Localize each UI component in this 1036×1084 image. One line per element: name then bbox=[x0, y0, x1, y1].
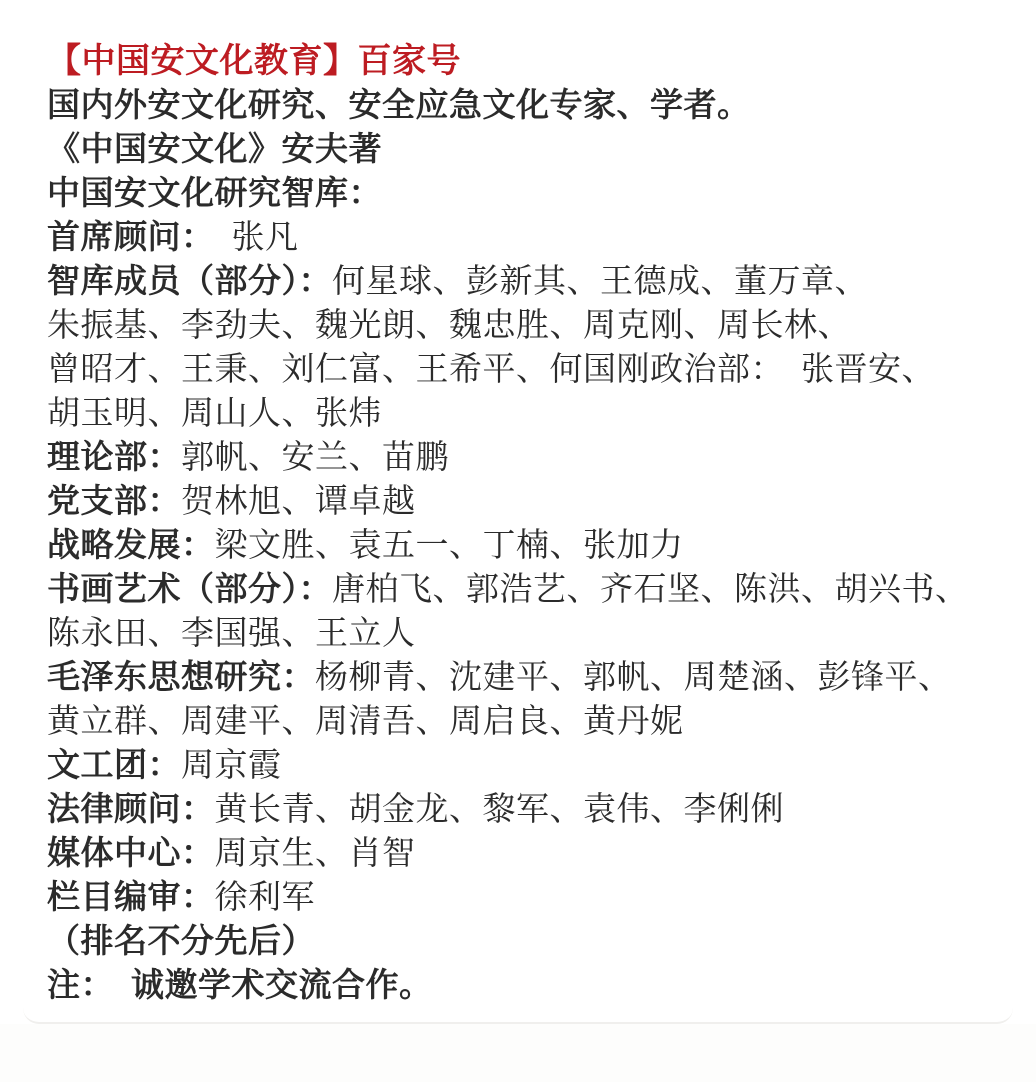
line-text: 梁文胜、袁五一、丁楠、张加力 bbox=[215, 528, 684, 564]
text-line: 胡玉明、周山人、张炜 bbox=[47, 392, 993, 436]
text-line: 智库成员（部分）：何星球、彭新其、王德成、董万章、 bbox=[47, 260, 993, 304]
line-text: 杨柳青、沈建平、郭帆、周楚涵、彭锋平、 bbox=[315, 660, 952, 696]
line-text: 中国安文化研究智库： bbox=[47, 176, 382, 212]
page-title: 【中国安文化教育】百家号 bbox=[47, 40, 993, 84]
section-label: 党支部： bbox=[47, 484, 181, 520]
line-text: 徐利军 bbox=[215, 880, 316, 916]
line-text: 胡玉明、周山人、张炜 bbox=[47, 396, 382, 432]
line-text: 国内外安文化研究、安全应急文化专家、学者。 bbox=[47, 88, 751, 124]
text-line: 媒体中心：周京生、肖智 bbox=[47, 832, 993, 876]
section-label: 书画艺术（部分）： bbox=[47, 572, 332, 608]
section-label: 栏目编审： bbox=[47, 880, 215, 916]
text-line: 黄立群、周建平、周清吾、周启良、黄丹妮 bbox=[47, 700, 993, 744]
text-line: 《中国安文化》安夫著 bbox=[47, 128, 993, 172]
text-line: 陈永田、李国强、王立人 bbox=[47, 612, 993, 656]
line-text: 郭帆、安兰、苗鹏 bbox=[181, 440, 449, 476]
line-text: （排名不分先后） bbox=[47, 924, 315, 960]
text-line: 国内外安文化研究、安全应急文化专家、学者。 bbox=[47, 84, 993, 128]
line-text: 唐柏飞、郭浩艺、齐石坚、陈洪、胡兴书、 bbox=[332, 572, 969, 608]
section-label: 毛泽东思想研究： bbox=[47, 660, 315, 696]
line-text: 陈永田、李国强、王立人 bbox=[47, 616, 416, 652]
section-label: 法律顾问： bbox=[47, 792, 215, 828]
line-text: 朱振基、李劲夫、魏光朗、魏忠胜、周克刚、周长林、 bbox=[47, 308, 851, 344]
text-line: 栏目编审：徐利军 bbox=[47, 876, 993, 920]
section-label: 注： bbox=[47, 968, 98, 1004]
line-text: 周京生、肖智 bbox=[215, 836, 416, 872]
text-line: 首席顾问： 张凡 bbox=[47, 216, 993, 260]
text-line: 文工团：周京霞 bbox=[47, 744, 993, 788]
text-line: 曾昭才、王秉、刘仁富、王希平、何国刚政治部： 张晋安、 bbox=[47, 348, 993, 392]
line-text: 《中国安文化》安夫著 bbox=[47, 132, 382, 168]
section-label: 首席顾问： bbox=[47, 220, 198, 256]
line-text: 曾昭才、王秉、刘仁富、王希平、何国刚政治部： 张晋安、 bbox=[47, 352, 935, 388]
line-text: 诚邀学术交流合作。 bbox=[98, 968, 433, 1004]
text-line: 理论部：郭帆、安兰、苗鹏 bbox=[47, 436, 993, 480]
document-body: 【中国安文化教育】百家号 国内外安文化研究、安全应急文化专家、学者。《中国安文化… bbox=[23, 0, 1013, 1008]
text-line: 毛泽东思想研究：杨柳青、沈建平、郭帆、周楚涵、彭锋平、 bbox=[47, 656, 993, 700]
text-line: 中国安文化研究智库： bbox=[47, 172, 993, 216]
section-label: 文工团： bbox=[47, 748, 181, 784]
text-line: 党支部：贺林旭、谭卓越 bbox=[47, 480, 993, 524]
text-line: 朱振基、李劲夫、魏光朗、魏忠胜、周克刚、周长林、 bbox=[47, 304, 993, 348]
text-line: 战略发展：梁文胜、袁五一、丁楠、张加力 bbox=[47, 524, 993, 568]
page-background: { "page": { "colors": { "background": "#… bbox=[0, 0, 1036, 1084]
text-line: 注： 诚邀学术交流合作。 bbox=[47, 964, 993, 1008]
line-text: 黄长青、胡金龙、黎军、袁伟、李俐俐 bbox=[215, 792, 785, 828]
text-lines-container: 国内外安文化研究、安全应急文化专家、学者。《中国安文化》安夫著中国安文化研究智库… bbox=[47, 84, 993, 1008]
line-text: 黄立群、周建平、周清吾、周启良、黄丹妮 bbox=[47, 704, 684, 740]
line-text: 贺林旭、谭卓越 bbox=[181, 484, 416, 520]
section-label: 媒体中心： bbox=[47, 836, 215, 872]
page-bottom-margin bbox=[0, 1024, 1036, 1082]
line-text: 何星球、彭新其、王德成、董万章、 bbox=[332, 264, 868, 300]
section-label: 战略发展： bbox=[47, 528, 215, 564]
text-line: 书画艺术（部分）：唐柏飞、郭浩艺、齐石坚、陈洪、胡兴书、 bbox=[47, 568, 993, 612]
line-text: 周京霞 bbox=[181, 748, 282, 784]
document-card: 【中国安文化教育】百家号 国内外安文化研究、安全应急文化专家、学者。《中国安文化… bbox=[23, 0, 1013, 1024]
text-line: 法律顾问：黄长青、胡金龙、黎军、袁伟、李俐俐 bbox=[47, 788, 993, 832]
section-label: 智库成员（部分）： bbox=[47, 264, 332, 300]
text-line: （排名不分先后） bbox=[47, 920, 993, 964]
section-label: 理论部： bbox=[47, 440, 181, 476]
line-text: 张凡 bbox=[198, 220, 299, 256]
